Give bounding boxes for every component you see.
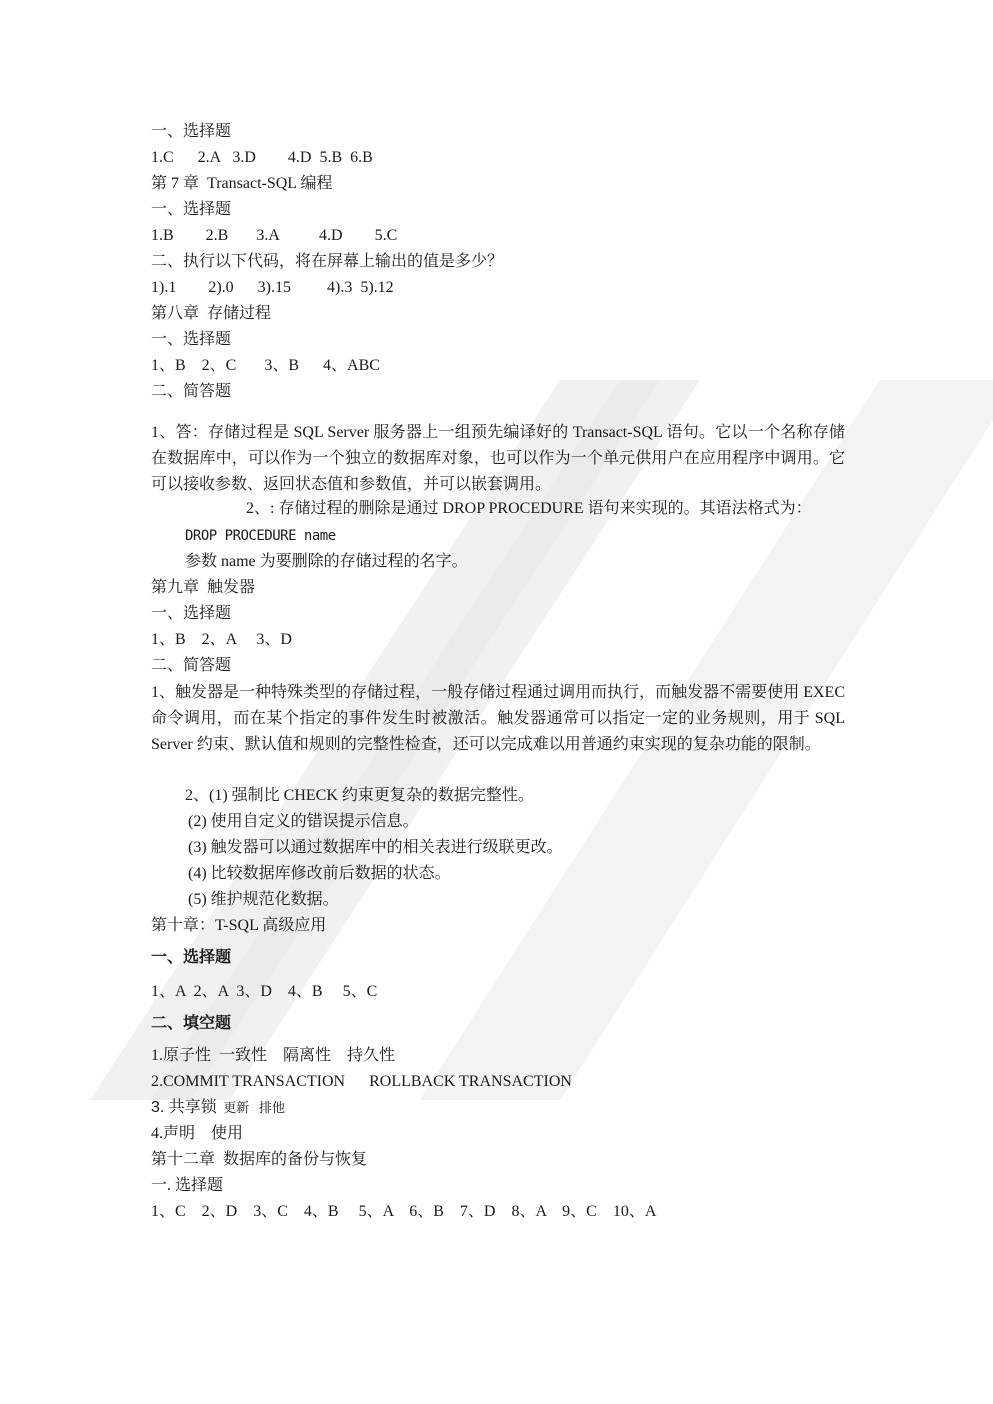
section-heading-choice: 一、选择题	[151, 604, 231, 624]
answer-row: 4.声明 使用	[151, 1124, 243, 1144]
code-syntax: DROP PROCEDURE name	[185, 526, 336, 546]
section-heading-short-answer: 二、简答题	[151, 656, 231, 676]
section-heading-choice: 一、选择题	[151, 122, 231, 142]
answer-row: 1、B 2、C 3、B 4、ABC	[151, 356, 380, 376]
list-item: (2) 使用自定义的错误提示信息。	[188, 812, 419, 832]
chapter-title: 第 7 章 Transact-SQL 编程	[151, 174, 332, 194]
chapter-title: 第九章 触发器	[151, 578, 255, 598]
answer-row: 1.C 2.A 3.D 4.D 5.B 6.B	[151, 148, 373, 168]
section-heading-fill-blank: 二、填空题	[151, 1014, 231, 1034]
answer-note: 参数 name 为要删除的存储过程的名字。	[185, 552, 468, 572]
list-item: (4) 比较数据库修改前后数据的状态。	[188, 864, 451, 884]
answer-row: 1、B 2、A 3、D	[151, 630, 292, 650]
answer-row: 1.原子性 一致性 隔离性 持久性	[151, 1046, 395, 1066]
answer-secondary: 更新 排他	[217, 1100, 285, 1115]
chapter-title: 第八章 存储过程	[151, 304, 271, 324]
section-heading-output: 二、执行以下代码，将在屏幕上输出的值是多少？	[151, 252, 503, 272]
list-item: 2、(1) 强制比 CHECK 约束更复杂的数据完整性。	[185, 786, 534, 806]
answer-paragraph: 1、答：存储过程是 SQL Server 服务器上一组预先编译好的 Transa…	[151, 420, 845, 498]
answer-row: 1.B 2.B 3.A 4.D 5.C	[151, 226, 397, 246]
answer-paragraph: 1、触发器是一种特殊类型的存储过程，一般存储过程通过调用而执行，而触发器不需要使…	[151, 680, 845, 758]
answer-primary: 3. 共享锁	[151, 1099, 217, 1116]
document-page: 一、选择题 1.C 2.A 3.D 4.D 5.B 6.B 第 7 章 Tran…	[0, 0, 993, 1404]
section-heading-choice: 一. 选择题	[151, 1176, 223, 1196]
section-heading-choice: 一、选择题	[151, 948, 231, 968]
chapter-title: 第十二章 数据库的备份与恢复	[151, 1150, 367, 1170]
answer-row: 3. 共享锁 更新 排他	[151, 1098, 285, 1118]
answer-row: 1).1 2).0 3).15 4).3 5).12	[151, 278, 394, 298]
chapter-title: 第十章：T-SQL 高级应用	[151, 916, 326, 936]
answer-row: 1、A 2、A 3、D 4、B 5、C	[151, 982, 377, 1002]
answer-row: 1、C 2、D 3、C 4、B 5、A 6、B 7、D 8、A 9、C 10、A	[151, 1202, 656, 1222]
answer-paragraph: 2、: 存储过程的删除是通过 DROP PROCEDURE 语句来实现的。其语法…	[246, 499, 812, 519]
list-item: (3) 触发器可以通过数据库中的相关表进行级联更改。	[188, 838, 563, 858]
section-heading-choice: 一、选择题	[151, 200, 231, 220]
list-item: (5) 维护规范化数据。	[188, 890, 339, 910]
section-heading-short-answer: 二、简答题	[151, 382, 231, 402]
section-heading-choice: 一、选择题	[151, 330, 231, 350]
answer-row: 2.COMMIT TRANSACTION ROLLBACK TRANSACTIO…	[151, 1072, 572, 1092]
